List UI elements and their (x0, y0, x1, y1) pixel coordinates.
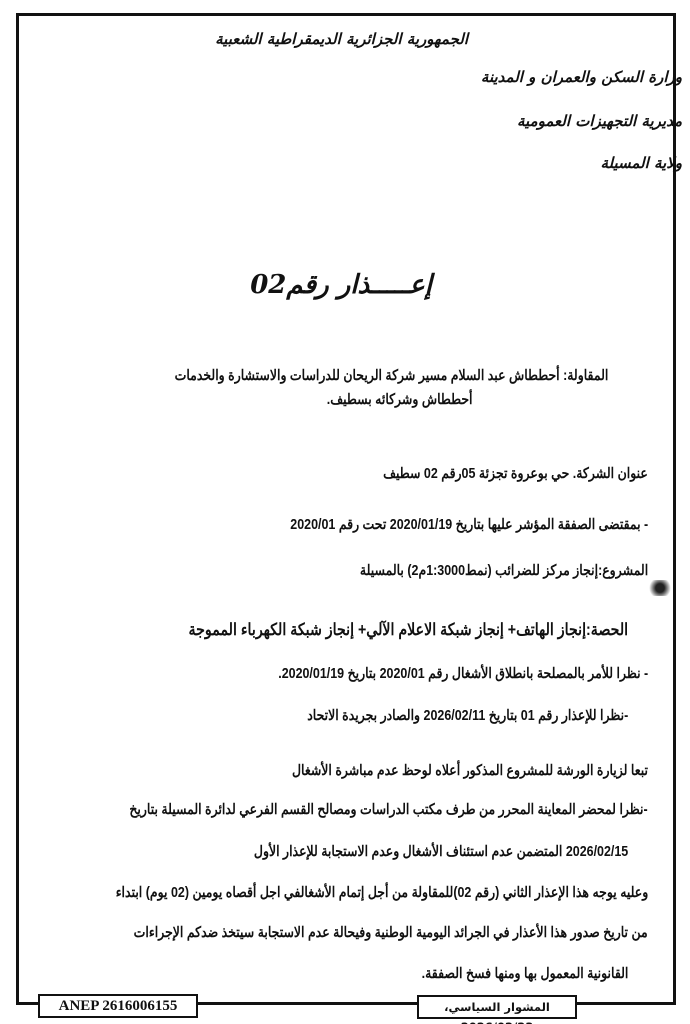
directorate-header: مديرية التجهيزات العمومية (517, 112, 682, 130)
scan-smudge (648, 580, 672, 596)
body-line-3: 2026/02/15 المتضمن عدم استئناف الأشغال و… (254, 844, 628, 860)
body-line-5: من تاريخ صدور هذا الأعذار في الجرائد الي… (134, 925, 648, 941)
consideration-1: - نظرا للأمر بالمصلحة بانطلاق الأشغال رق… (278, 666, 648, 682)
anep-reference: ANEP 2616006155 (38, 994, 198, 1018)
body-line-4: وعليه يوجه هذا الإعذار الثاني (رقم 02)لل… (115, 885, 648, 901)
consideration-2: -نظرا للإعذار رقم 01 بتاريخ 2026/02/11 و… (307, 708, 628, 724)
body-line-2: -نظرا لمحضر المعاينة المحرر من طرف مكتب … (130, 802, 648, 818)
notice-title: إعـــــذار رقم02 (250, 270, 432, 300)
company-address: عنوان الشركة. حي بوعروة تجزئة 05رقم 02 س… (383, 466, 648, 482)
contractor-line-1: المقاولة: أحططاش عبد السلام مسير شركة ال… (174, 368, 608, 384)
contractor-line-2: أحططاش وشركائه بسطيف. (327, 392, 473, 408)
lot-description: الحصة:إنجاز الهاتف+ إنجاز شبكة الاعلام ا… (188, 620, 628, 640)
project-description: المشروع:إنجاز مركز للضرائب (نمط1:3000م2)… (360, 563, 648, 579)
ministry-header: وزارة السكن والعمران و المدينة (481, 68, 682, 86)
contract-reference: - بمقتضى الصفقة المؤشر عليها بتاريخ 2020… (290, 517, 648, 533)
province-header: ولاية المسيلة (600, 154, 682, 172)
republic-header: الجمهورية الجزائرية الديمقراطية الشعبية (215, 30, 468, 48)
publication-source: المشوار السياسي، 2026/02/23 (417, 995, 577, 1019)
body-line-1: تبعا لزيارة الورشة للمشروع المذكور أعلاه… (292, 763, 648, 779)
body-line-6: القانونية المعمول بها ومنها فسخ الصفقة. (421, 966, 628, 982)
